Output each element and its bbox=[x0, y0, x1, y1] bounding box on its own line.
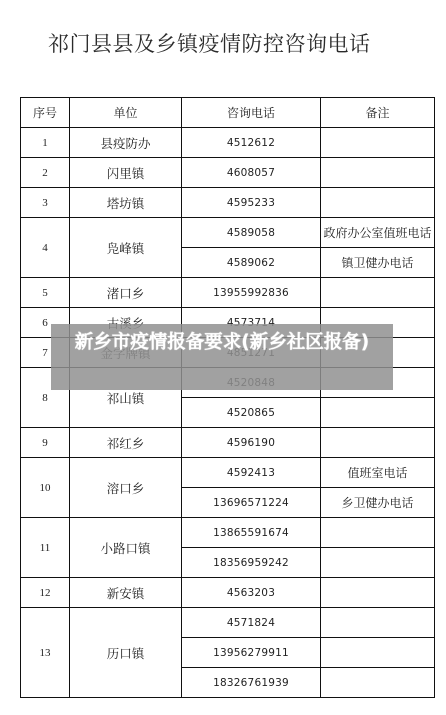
row-unit: 新安镇 bbox=[70, 578, 182, 608]
header-index: 序号 bbox=[21, 98, 70, 128]
row-phone: 4589058 bbox=[182, 218, 321, 248]
row-note bbox=[321, 428, 435, 458]
header-phone: 咨询电话 bbox=[182, 98, 321, 128]
row-phone: 13956279911 bbox=[182, 638, 321, 668]
row-phone: 13865591674 bbox=[182, 518, 321, 548]
row-index: 11 bbox=[21, 518, 70, 578]
row-note bbox=[321, 638, 435, 668]
row-phone: 13696571224 bbox=[182, 488, 321, 518]
row-phone: 18356959242 bbox=[182, 548, 321, 578]
row-index: 2 bbox=[21, 158, 70, 188]
row-note bbox=[321, 578, 435, 608]
row-unit: 县疫防办 bbox=[70, 128, 182, 158]
row-note bbox=[321, 398, 435, 428]
row-index: 9 bbox=[21, 428, 70, 458]
row-unit: 塔坊镇 bbox=[70, 188, 182, 218]
header-unit: 单位 bbox=[70, 98, 182, 128]
row-note: 值班室电话 bbox=[321, 458, 435, 488]
row-note bbox=[321, 188, 435, 218]
contact-table: 序号 单位 咨询电话 备注 1 县疫防办 4512612 2 闪里镇 46080… bbox=[20, 97, 435, 698]
table-row: 12 新安镇 4563203 bbox=[21, 578, 435, 608]
table-row: 5 渚口乡 13955992836 bbox=[21, 278, 435, 308]
table-row: 1 县疫防办 4512612 bbox=[21, 128, 435, 158]
row-phone: 4608057 bbox=[182, 158, 321, 188]
row-phone: 4595233 bbox=[182, 188, 321, 218]
row-note bbox=[321, 518, 435, 548]
row-note bbox=[321, 278, 435, 308]
row-phone: 4589062 bbox=[182, 248, 321, 278]
table-row: 13 历口镇 4571824 bbox=[21, 608, 435, 638]
row-index: 3 bbox=[21, 188, 70, 218]
row-note bbox=[321, 158, 435, 188]
table-row: 11 小路口镇 13865591674 bbox=[21, 518, 435, 548]
table-row: 9 祁红乡 4596190 bbox=[21, 428, 435, 458]
row-phone: 4563203 bbox=[182, 578, 321, 608]
table-row: 10 溶口乡 4592413 值班室电话 bbox=[21, 458, 435, 488]
row-unit: 历口镇 bbox=[70, 608, 182, 698]
row-phone: 18326761939 bbox=[182, 668, 321, 698]
row-unit: 溶口乡 bbox=[70, 458, 182, 518]
row-index: 1 bbox=[21, 128, 70, 158]
row-index: 5 bbox=[21, 278, 70, 308]
row-note bbox=[321, 128, 435, 158]
row-phone: 4596190 bbox=[182, 428, 321, 458]
table-row: 2 闪里镇 4608057 bbox=[21, 158, 435, 188]
row-index: 12 bbox=[21, 578, 70, 608]
page-title: 祁门县县及乡镇疫情防控咨询电话 bbox=[48, 28, 371, 58]
header-note: 备注 bbox=[321, 98, 435, 128]
table-header-row: 序号 单位 咨询电话 备注 bbox=[21, 98, 435, 128]
row-phone: 4512612 bbox=[182, 128, 321, 158]
table-row: 4 凫峰镇 4589058 政府办公室值班电话 bbox=[21, 218, 435, 248]
row-note bbox=[321, 668, 435, 698]
row-phone: 13955992836 bbox=[182, 278, 321, 308]
row-index: 4 bbox=[21, 218, 70, 278]
row-unit: 祁红乡 bbox=[70, 428, 182, 458]
row-unit: 渚口乡 bbox=[70, 278, 182, 308]
row-note: 政府办公室值班电话 bbox=[321, 218, 435, 248]
row-phone: 4571824 bbox=[182, 608, 321, 638]
row-unit: 凫峰镇 bbox=[70, 218, 182, 278]
row-note: 镇卫健办电话 bbox=[321, 248, 435, 278]
watermark-banner: 新乡市疫情报备要求(新乡社区报备) bbox=[51, 324, 393, 390]
row-note bbox=[321, 548, 435, 578]
table-row: 3 塔坊镇 4595233 bbox=[21, 188, 435, 218]
row-index: 10 bbox=[21, 458, 70, 518]
row-unit: 闪里镇 bbox=[70, 158, 182, 188]
row-unit: 小路口镇 bbox=[70, 518, 182, 578]
row-phone: 4592413 bbox=[182, 458, 321, 488]
row-note bbox=[321, 608, 435, 638]
row-index: 13 bbox=[21, 608, 70, 698]
row-phone: 4520865 bbox=[182, 398, 321, 428]
row-note: 乡卫健办电话 bbox=[321, 488, 435, 518]
